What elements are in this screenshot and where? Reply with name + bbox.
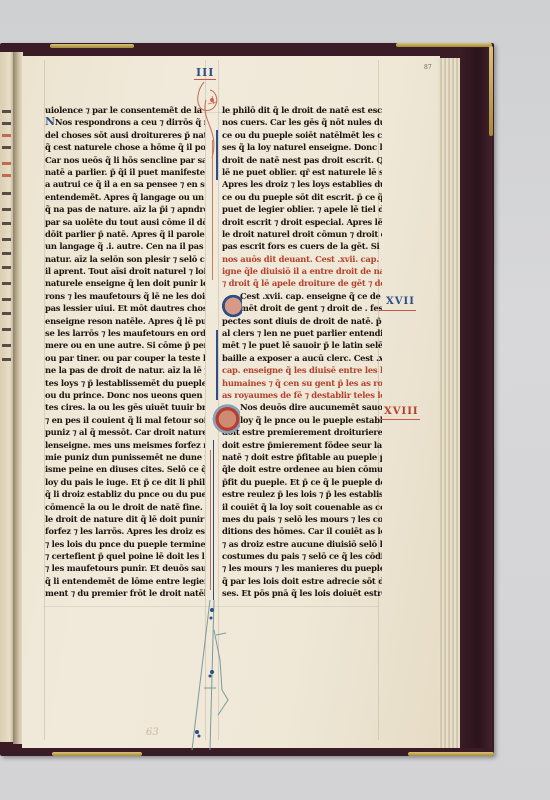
facing-page-edge [0,52,14,742]
running-header: III [196,66,214,79]
chapter-marker-xvii: XVII [386,296,415,307]
page-block-edges [438,58,460,748]
gilt-clasp-bottom-right [408,752,494,756]
chapter-marker-underline [380,310,416,311]
pen-flourish-stem [216,130,218,180]
gilt-clasp-bottom-left [52,752,142,756]
signature-mark: 63 [146,727,159,738]
initial-c-decorated [220,293,242,319]
gilt-clasp-top-right [396,43,492,47]
pen-flourish-stem [213,440,214,600]
marginal-pen-drawing [180,600,240,750]
gilt-edge-right [489,46,493,136]
initial-n-decorated [212,404,240,434]
chapter-marker-xviii: XVIII [384,406,419,417]
pen-flourish-stem [210,450,211,590]
left-text-column: uiolence ⁊ par le consentemẽt de la gent… [45,104,205,600]
binding-spine-edge [458,48,492,748]
folio-number: 87 [424,64,432,71]
gilt-clasp-top-left [50,44,134,48]
pen-flourish-stem [216,330,218,400]
chapter-marker-underline [380,419,420,420]
right-text-column: le philō dit q̃ le droit de natē est esc… [222,104,382,600]
pen-flourish-stem [212,140,213,280]
